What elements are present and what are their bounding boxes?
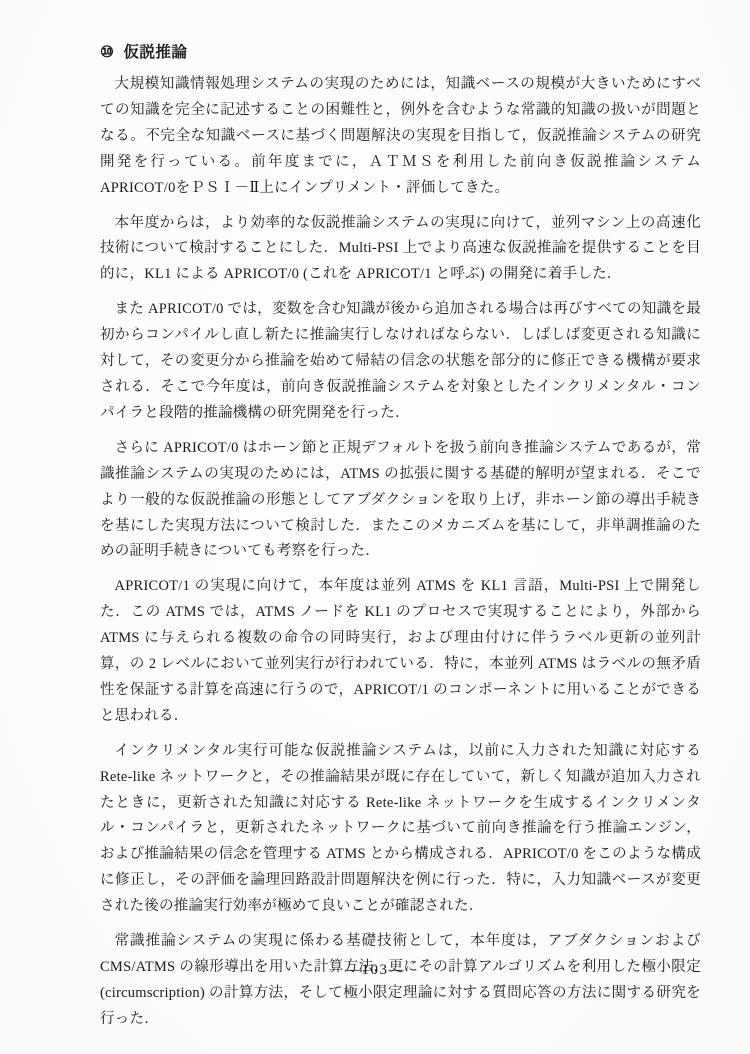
paragraph-4: さらに APRICOT/0 はホーン節と正規デフォルトを扱う前向き推論システムで… (100, 436, 701, 566)
paragraph-1: 大規模知識情報処理システムの実現のためには，知識ベースの規模が大きいためにすべて… (100, 72, 701, 202)
section-number: ⑩ (100, 44, 114, 61)
paragraph-6: インクリメンタル実行可能な仮説推論システムは，以前に入力された知識に対応する R… (100, 739, 701, 920)
paragraph-3: また APRICOT/0 では，変数を含む知識が後から追加される場合は再びすべて… (100, 297, 701, 427)
section-heading: ⑩仮説推論 (100, 40, 701, 62)
document-content: ⑩仮説推論 大規模知識情報処理システムの実現のためには，知識ベースの規模が大きい… (100, 40, 701, 1042)
paragraph-7: 常識推論システムの実現に係わる基礎技術として，本年度は，アブダクションおよび C… (100, 929, 701, 1033)
section-title: 仮説推論 (123, 44, 187, 61)
paragraph-5: APRICOT/1 の実現に向けて，本年度は並列 ATMS を KL1 言語，M… (100, 574, 701, 729)
document-page: ⑩仮説推論 大規模知識情報処理システムの実現のためには，知識ベースの規模が大きい… (0, 0, 750, 1054)
paragraph-2: 本年度からは，より効率的な仮説推論システムの実現に向けて，並列マシン上の高速化技… (100, 211, 701, 289)
page-number: —103— (0, 962, 750, 979)
